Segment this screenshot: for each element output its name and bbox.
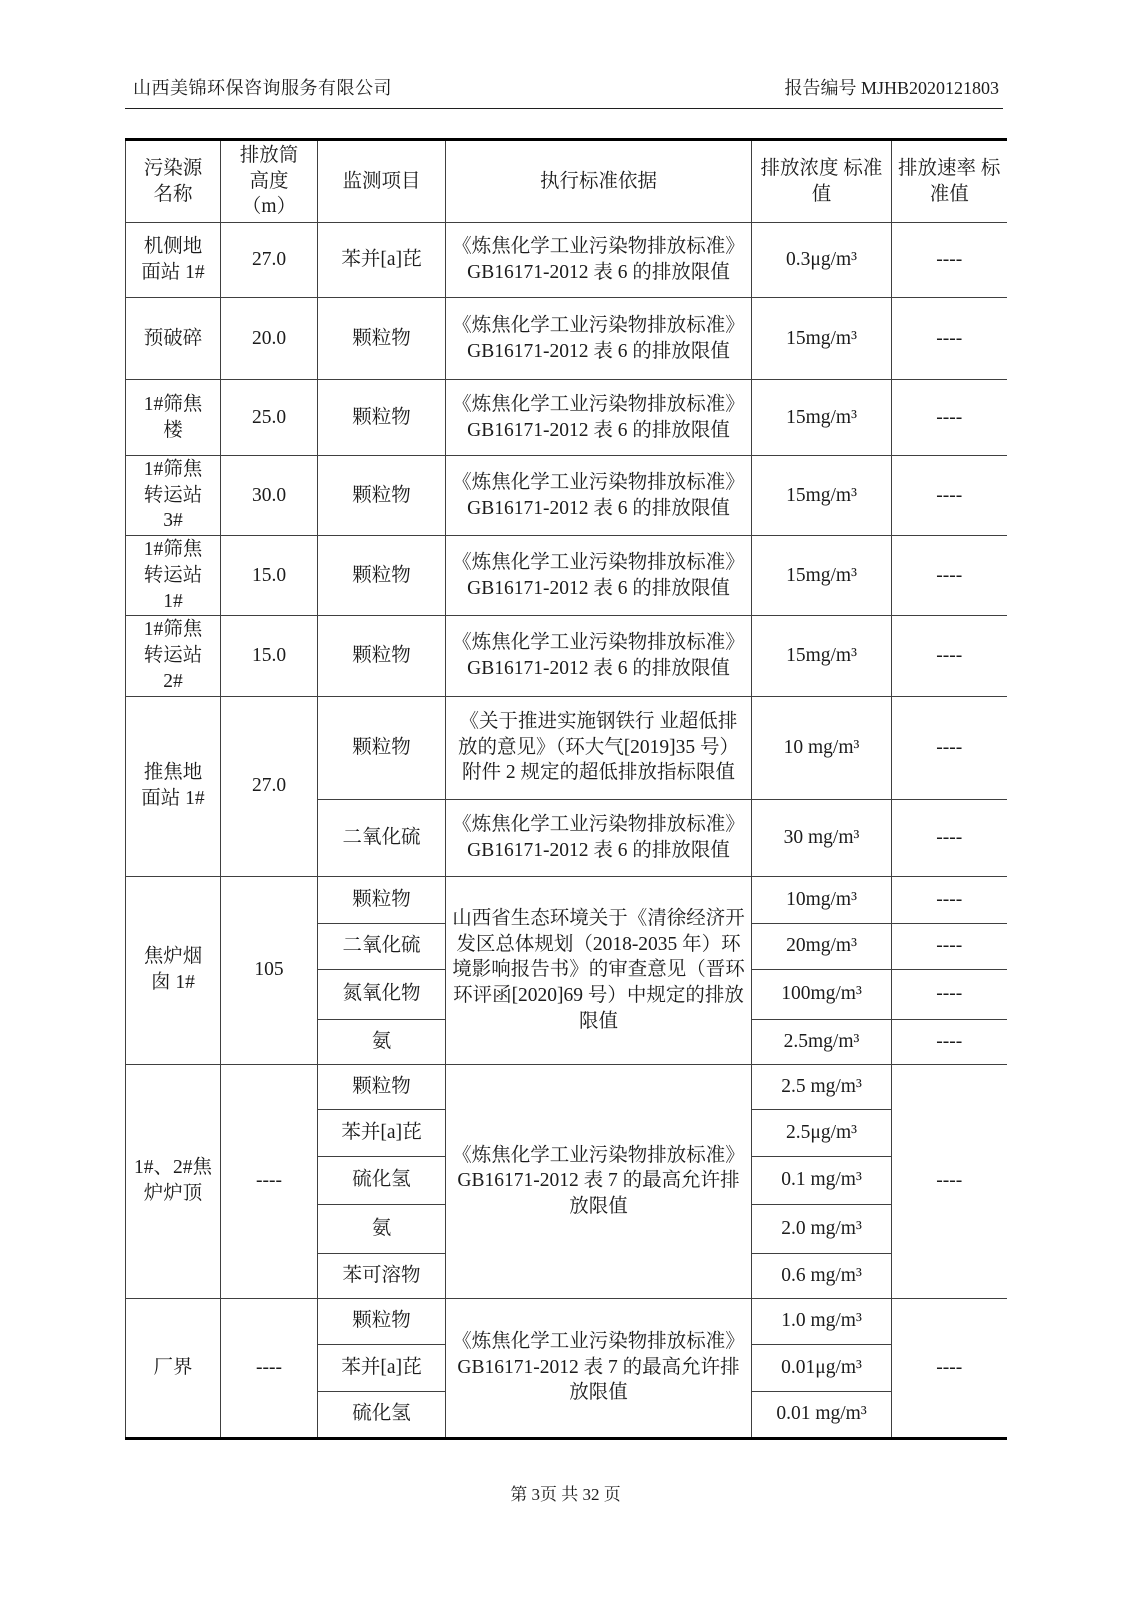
cell-source: 1#筛焦 转运站 3# [126,456,221,536]
cell-height: 15.0 [221,536,318,616]
cell-item: 颗粒物 [318,876,446,923]
cell-height: 27.0 [221,223,318,298]
cell-concentration: 2.5 mg/m³ [752,1064,892,1109]
cell-source: 1#筛焦 转运站 1# [126,536,221,616]
cell-item: 颗粒物 [318,1064,446,1109]
cell-rate: ---- [892,456,1007,536]
cell-item: 苯并[a]芘 [318,1344,446,1391]
cell-item: 氨 [318,1019,446,1064]
col-header-source: 污染源 名称 [126,140,221,223]
cell-source: 机侧地 面站 1# [126,223,221,298]
cell-item: 苯并[a]芘 [318,1109,446,1156]
page-indicator: 第 3页 共 32 页 [510,1485,621,1504]
cell-source: 厂界 [126,1298,221,1438]
cell-item: 苯可溶物 [318,1253,446,1298]
cell-rate: ---- [892,696,1007,799]
cell-item: 二氧化硫 [318,799,446,876]
cell-item: 颗粒物 [318,380,446,456]
cell-concentration: 10mg/m³ [752,876,892,923]
cell-rate: ---- [892,1019,1007,1064]
cell-concentration: 0.01μg/m³ [752,1344,892,1391]
cell-standard: 《炼焦化学工业污染物排放标准》GB16171-2012 表 6 的排放限值 [446,536,752,616]
table-row: 预破碎 20.0 颗粒物 《炼焦化学工业污染物排放标准》GB16171-2012… [126,298,1007,380]
document-page: 山西美锦环保咨询服务有限公司 报告编号 MJHB2020121803 污染源 名… [0,0,1131,1600]
cell-height: 15.0 [221,616,318,696]
cell-concentration: 0.01 mg/m³ [752,1391,892,1438]
col-header-standard: 执行标准依据 [446,140,752,223]
cell-height: 30.0 [221,456,318,536]
col-header-concentration: 排放浓度 标准值 [752,140,892,223]
cell-standard: 山西省生态环境关于《清徐经济开发区总体规划（2018-2035 年）环境影响报告… [446,876,752,1064]
cell-concentration: 15mg/m³ [752,536,892,616]
cell-concentration: 15mg/m³ [752,456,892,536]
cell-concentration: 0.6 mg/m³ [752,1253,892,1298]
cell-standard: 《炼焦化学工业污染物排放标准》GB16171-2012 表 6 的排放限值 [446,456,752,536]
table-header-row: 污染源 名称 排放筒 高度 （m） 监测项目 执行标准依据 排放浓度 标准值 排… [126,140,1007,223]
cell-concentration: 15mg/m³ [752,380,892,456]
cell-item: 颗粒物 [318,1298,446,1344]
cell-item: 硫化氢 [318,1156,446,1204]
cell-item: 颗粒物 [318,298,446,380]
col-header-monitor-item: 监测项目 [318,140,446,223]
cell-item: 苯并[a]芘 [318,223,446,298]
cell-height: ---- [221,1064,318,1298]
cell-concentration: 2.5mg/m³ [752,1019,892,1064]
cell-rate: ---- [892,616,1007,696]
cell-height: 105 [221,876,318,1064]
cell-source: 1#、2#焦 炉炉顶 [126,1064,221,1298]
cell-concentration: 0.1 mg/m³ [752,1156,892,1204]
cell-standard: 《炼焦化学工业污染物排放标准》GB16171-2012 表 6 的排放限值 [446,380,752,456]
cell-standard: 《炼焦化学工业污染物排放标准》GB16171-2012 表 6 的排放限值 [446,223,752,298]
cell-item: 氨 [318,1204,446,1253]
cell-rate: ---- [892,1064,1007,1298]
table-row: 1#筛焦 楼 25.0 颗粒物 《炼焦化学工业污染物排放标准》GB16171-2… [126,380,1007,456]
table-row: 1#筛焦 转运站 2# 15.0 颗粒物 《炼焦化学工业污染物排放标准》GB16… [126,616,1007,696]
cell-concentration: 15mg/m³ [752,298,892,380]
col-header-stack-height: 排放筒 高度 （m） [221,140,318,223]
cell-standard: 《炼焦化学工业污染物排放标准》GB16171-2012 表 7 的最高允许排放限… [446,1298,752,1438]
company-name: 山西美锦环保咨询服务有限公司 [125,74,392,100]
cell-standard: 《炼焦化学工业污染物排放标准》GB16171-2012 表 6 的排放限值 [446,298,752,380]
table-row: 机侧地 面站 1# 27.0 苯并[a]芘 《炼焦化学工业污染物排放标准》GB1… [126,223,1007,298]
cell-rate: ---- [892,969,1007,1019]
cell-rate: ---- [892,799,1007,876]
table-row: 1#筛焦 转运站 1# 15.0 颗粒物 《炼焦化学工业污染物排放标准》GB16… [126,536,1007,616]
cell-concentration: 2.0 mg/m³ [752,1204,892,1253]
cell-rate: ---- [892,298,1007,380]
cell-standard: 《炼焦化学工业污染物排放标准》GB16171-2012 表 6 的排放限值 [446,799,752,876]
cell-rate: ---- [892,923,1007,969]
cell-item: 硫化氢 [318,1391,446,1438]
cell-concentration: 2.5μg/m³ [752,1109,892,1156]
cell-concentration: 20mg/m³ [752,923,892,969]
cell-standard: 《关于推进实施钢铁行 业超低排放的意见》（环大气[2019]35 号）附件 2 … [446,696,752,799]
emission-standards-table: 污染源 名称 排放筒 高度 （m） 监测项目 执行标准依据 排放浓度 标准值 排… [125,138,1007,1440]
cell-concentration: 1.0 mg/m³ [752,1298,892,1344]
cell-item: 颗粒物 [318,696,446,799]
cell-concentration: 100mg/m³ [752,969,892,1019]
cell-standard: 《炼焦化学工业污染物排放标准》GB16171-2012 表 7 的最高允许排放限… [446,1064,752,1298]
cell-height: 25.0 [221,380,318,456]
cell-item: 颗粒物 [318,616,446,696]
cell-rate: ---- [892,876,1007,923]
table-row: 焦炉烟 囱 1# 105 颗粒物 山西省生态环境关于《清徐经济开发区总体规划（2… [126,876,1007,923]
cell-item: 氮氧化物 [318,969,446,1019]
cell-item: 二氧化硫 [318,923,446,969]
table-row: 推焦地 面站 1# 27.0 颗粒物 《关于推进实施钢铁行 业超低排放的意见》（… [126,696,1007,799]
cell-rate: ---- [892,536,1007,616]
table-row: 厂界 ---- 颗粒物 《炼焦化学工业污染物排放标准》GB16171-2012 … [126,1298,1007,1344]
cell-rate: ---- [892,1298,1007,1438]
cell-source: 预破碎 [126,298,221,380]
table-row: 1#筛焦 转运站 3# 30.0 颗粒物 《炼焦化学工业污染物排放标准》GB16… [126,456,1007,536]
cell-rate: ---- [892,380,1007,456]
cell-rate: ---- [892,223,1007,298]
table-row: 1#、2#焦 炉炉顶 ---- 颗粒物 《炼焦化学工业污染物排放标准》GB161… [126,1064,1007,1109]
page-footer: 第 3页 共 32 页 [0,1480,1131,1505]
cell-source: 1#筛焦 楼 [126,380,221,456]
cell-concentration: 30 mg/m³ [752,799,892,876]
cell-source: 1#筛焦 转运站 2# [126,616,221,696]
cell-item: 颗粒物 [318,536,446,616]
cell-source: 焦炉烟 囱 1# [126,876,221,1064]
col-header-rate: 排放速率 标准值 [892,140,1007,223]
report-number: 报告编号 MJHB2020121803 [784,74,1003,100]
cell-concentration: 0.3μg/m³ [752,223,892,298]
cell-item: 颗粒物 [318,456,446,536]
cell-height: 27.0 [221,696,318,876]
cell-standard: 《炼焦化学工业污染物排放标准》GB16171-2012 表 6 的排放限值 [446,616,752,696]
document-header: 山西美锦环保咨询服务有限公司 报告编号 MJHB2020121803 [125,74,1003,109]
cell-height: ---- [221,1298,318,1438]
cell-height: 20.0 [221,298,318,380]
cell-concentration: 15mg/m³ [752,616,892,696]
cell-concentration: 10 mg/m³ [752,696,892,799]
cell-source: 推焦地 面站 1# [126,696,221,876]
